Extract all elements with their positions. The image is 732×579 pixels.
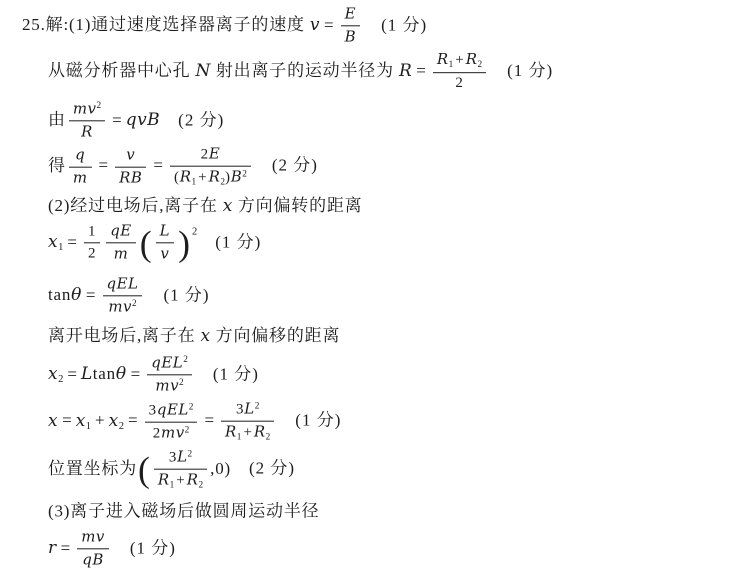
text-run: 3 [169, 450, 177, 466]
fraction: 12 [84, 223, 100, 262]
subscript: 2 [266, 433, 271, 443]
superscript: 2 [183, 355, 188, 365]
math-variable: x [201, 326, 211, 346]
math-operator: = [99, 156, 109, 175]
line-11-position-coordinate: 位置坐标为(3L2R1+R2,0)(2 分) [48, 449, 295, 492]
big-left-paren: ( [138, 450, 150, 490]
score-label: (1 分) [130, 538, 176, 557]
line-12-part3-heading: (3)离子进入磁场后做圆周运动半径 [48, 500, 319, 521]
text-run: tan [48, 285, 71, 304]
line-10-total-x: x=x1+x2=3qEL22mv2=3L2R1+R2(1 分) [48, 401, 341, 444]
math-variable: R [81, 123, 93, 141]
fraction-denominator: R1+R2 [154, 470, 207, 491]
math-operator: + [455, 52, 463, 68]
score-label: (1 分) [215, 232, 261, 251]
math-variable: qEL [151, 353, 183, 371]
fraction-denominator: 2mv2 [145, 423, 198, 443]
fraction-numerator: R1+R2 [433, 51, 486, 73]
fraction: R1+R22 [433, 51, 486, 93]
math-variable: v [160, 245, 169, 263]
fraction-numerator: mv [77, 528, 109, 549]
score-label: (1 分) [295, 411, 341, 430]
math-variable: R [466, 50, 478, 68]
fraction-numerator: 1 [84, 223, 100, 243]
text-run: 3 [149, 402, 157, 418]
subscript: 2 [119, 421, 124, 432]
math-operator: = [67, 232, 77, 251]
subscript: 1 [58, 242, 63, 253]
superscript: 2 [96, 101, 101, 111]
fraction-numerator: 3L2 [154, 449, 207, 470]
math-variable: x [48, 364, 58, 384]
math-variable: E [209, 145, 220, 163]
math-variable: N [195, 61, 210, 81]
math-variable: q [75, 145, 85, 163]
math-operator: = [67, 364, 77, 383]
math-variable: L [177, 448, 187, 466]
fraction: mvqB [77, 528, 109, 569]
math-variable: qB [82, 551, 104, 569]
math-variable: m [73, 169, 88, 187]
superscript: 2 [185, 425, 190, 435]
math-variable: E [345, 4, 356, 22]
math-variable: qEL [157, 400, 189, 418]
fraction-denominator: R1+R2 [221, 422, 274, 443]
text-run: tan [93, 364, 116, 383]
score-label: (1 分) [507, 61, 553, 80]
fraction: mv2R [69, 100, 105, 141]
fraction-numerator: qEL [103, 275, 143, 296]
subscript: 1 [449, 60, 454, 70]
line-13-circular-radius: r=mvqB(1 分) [48, 528, 176, 569]
score-label: (1 分) [381, 15, 427, 34]
superscript: 2 [132, 299, 137, 309]
line-07-tan-theta: tanθ=qELmv2(1 分) [48, 275, 210, 316]
fraction-numerator: 3qEL2 [145, 401, 198, 422]
fraction-numerator: qE [106, 222, 136, 243]
text-run: 2 [455, 76, 463, 92]
fraction-denominator: 2 [84, 244, 100, 263]
line-05-part2-heading: (2)经过电场后,离子在 x 方向偏转的距离 [48, 195, 362, 217]
math-variable: qE [110, 221, 132, 239]
math-variable: x [109, 411, 119, 431]
text-run: (2)经过电场后,离子在 [48, 196, 223, 215]
fraction-denominator: (R1+R2)B2 [170, 167, 251, 188]
fraction-numerator: mv2 [69, 100, 105, 121]
fraction: 2E(R1+R2)B2 [170, 146, 251, 189]
subscript: 2 [58, 374, 63, 385]
fraction-numerator: 3L2 [221, 401, 274, 422]
text-run: 射出离子的运动半径为 [211, 61, 399, 80]
superscript: 2 [179, 378, 184, 388]
math-variable: B [345, 28, 357, 46]
fraction-numerator: L [156, 222, 174, 243]
document-page: 25.解:(1)通过速度选择器离子的速度 v=EB(1 分)从磁分析器中心孔 N… [0, 0, 732, 579]
math-variable: R [187, 471, 199, 489]
superscript: 2 [242, 170, 247, 180]
fraction-numerator: v [115, 146, 146, 167]
math-variable: RB [119, 169, 142, 187]
math-variable: R [437, 50, 449, 68]
text-run: 25.解:(1)通过速度选择器离子的速度 [22, 15, 310, 34]
fraction: qEm [106, 222, 136, 263]
fraction: qELmv2 [103, 275, 143, 316]
text-run: 由 [48, 110, 66, 129]
math-variable: mv [73, 99, 97, 117]
fraction-denominator: v [156, 244, 174, 264]
text-run: 1 [88, 223, 96, 239]
fraction: 3L2R1+R2 [221, 401, 274, 444]
line-03-newton-law: 由mv2R=qvB(2 分) [48, 100, 224, 141]
text-run: 2 [153, 426, 161, 442]
text-run: (3)离子进入磁场后做圆周运动半径 [48, 501, 319, 520]
math-operator: = [61, 538, 71, 557]
fraction-denominator: R [69, 122, 105, 142]
fraction: 3L2R1+R2 [154, 449, 207, 492]
line-04-charge-mass-ratio: 得qm=vRB=2E(R1+R2)B2(2 分) [48, 146, 318, 189]
math-operator: = [324, 15, 334, 34]
superscript: 2 [188, 450, 193, 460]
fraction-numerator: qEL2 [147, 354, 192, 375]
math-variable: x [48, 411, 58, 431]
math-operator: + [95, 411, 105, 430]
text-run: 离开电场后,离子在 [48, 326, 201, 345]
text-run: 从磁分析器中心孔 [48, 61, 195, 80]
math-operator: = [153, 156, 163, 175]
math-variable: R [254, 423, 266, 441]
subscript: 1 [170, 481, 175, 491]
line-06-deflection-x1: x1=12qEm(Lv)2(1 分) [48, 222, 261, 263]
line-01-velocity-selector: 25.解:(1)通过速度选择器离子的速度 v=EB(1 分) [22, 5, 427, 46]
superscript: 2 [255, 402, 260, 412]
math-operator: = [416, 61, 426, 80]
math-operator: = [86, 285, 96, 304]
math-operator: + [198, 170, 206, 186]
math-variable: R [158, 471, 170, 489]
math-variable: mv [155, 377, 179, 395]
text-run: 位置坐标为 [48, 459, 137, 478]
big-right-paren: ) [178, 223, 190, 263]
math-variable: L [244, 400, 254, 418]
text-run: 3 [236, 402, 244, 418]
superscript: 2 [189, 402, 194, 412]
math-operator: = [62, 411, 72, 430]
math-variable: mv [161, 424, 185, 442]
math-operator: = [128, 411, 138, 430]
math-operator: + [243, 425, 251, 441]
score-label: (1 分) [213, 364, 259, 383]
math-variable: m [114, 245, 129, 263]
math-variable: θ [71, 285, 82, 305]
math-variable: x [48, 232, 58, 252]
fraction-denominator: RB [115, 168, 146, 188]
math-variable: θ [116, 364, 127, 384]
subscript: 1 [86, 421, 91, 432]
math-operator: = [204, 411, 214, 430]
fraction-denominator: m [69, 168, 92, 188]
math-variable: L [160, 221, 170, 239]
fraction-denominator: mv2 [147, 376, 192, 396]
big-left-paren: ( [140, 223, 152, 263]
math-variable: qvB [126, 110, 160, 130]
line-08-after-field-heading: 离开电场后,离子在 x 方向偏移的距离 [48, 325, 340, 347]
fraction: vRB [115, 146, 146, 187]
score-label: (2 分) [178, 110, 224, 129]
math-variable: mv [81, 527, 105, 545]
fraction: Lv [156, 222, 174, 263]
math-operator: + [176, 473, 184, 489]
math-variable: qEL [107, 274, 139, 292]
math-operator: = [131, 364, 141, 383]
subscript: 2 [477, 60, 482, 70]
math-variable: L [81, 364, 93, 384]
math-operator: = [112, 110, 122, 129]
math-variable: R [209, 168, 221, 186]
math-variable: x [223, 196, 233, 216]
line-09-deflection-x2: x2=Ltanθ=qEL2mv2(1 分) [48, 354, 259, 395]
text-run: 2 [88, 246, 96, 262]
fraction-numerator: q [69, 146, 92, 167]
fraction-denominator: qB [77, 550, 109, 570]
math-variable: R [225, 423, 237, 441]
fraction: 3qEL22mv2 [145, 401, 198, 442]
fraction: EB [341, 5, 361, 46]
math-variable: x [76, 411, 86, 431]
score-label: (2 分) [249, 459, 295, 478]
fraction-denominator: mv2 [103, 297, 143, 317]
math-variable: B [231, 168, 243, 186]
fraction-numerator: 2E [170, 146, 251, 167]
subscript: 1 [191, 178, 196, 188]
math-variable: r [48, 538, 57, 558]
fraction: qEL2mv2 [147, 354, 192, 395]
score-label: (2 分) [272, 156, 318, 175]
text-run: 得 [48, 156, 66, 175]
exponent: 2 [192, 227, 197, 238]
math-variable: v [126, 145, 135, 163]
fraction-denominator: 2 [433, 74, 486, 93]
fraction: qm [69, 146, 92, 187]
fraction-denominator: B [341, 27, 361, 47]
fraction-denominator: m [106, 244, 136, 264]
text-run: 2 [201, 147, 209, 163]
math-variable: R [180, 168, 192, 186]
score-label: (1 分) [163, 285, 209, 304]
text-run: ,0) [210, 459, 231, 478]
math-variable: R [399, 61, 412, 81]
text-run: 方向偏移的距离 [211, 326, 341, 345]
text-run: 方向偏转的距离 [233, 196, 363, 215]
subscript: 1 [237, 433, 242, 443]
subscript: 2 [199, 481, 204, 491]
line-02-radius: 从磁分析器中心孔 N 射出离子的运动半径为 R=R1+R22(1 分) [48, 51, 553, 93]
math-variable: v [310, 15, 320, 35]
math-variable: mv [108, 298, 132, 316]
fraction-numerator: E [341, 5, 361, 26]
